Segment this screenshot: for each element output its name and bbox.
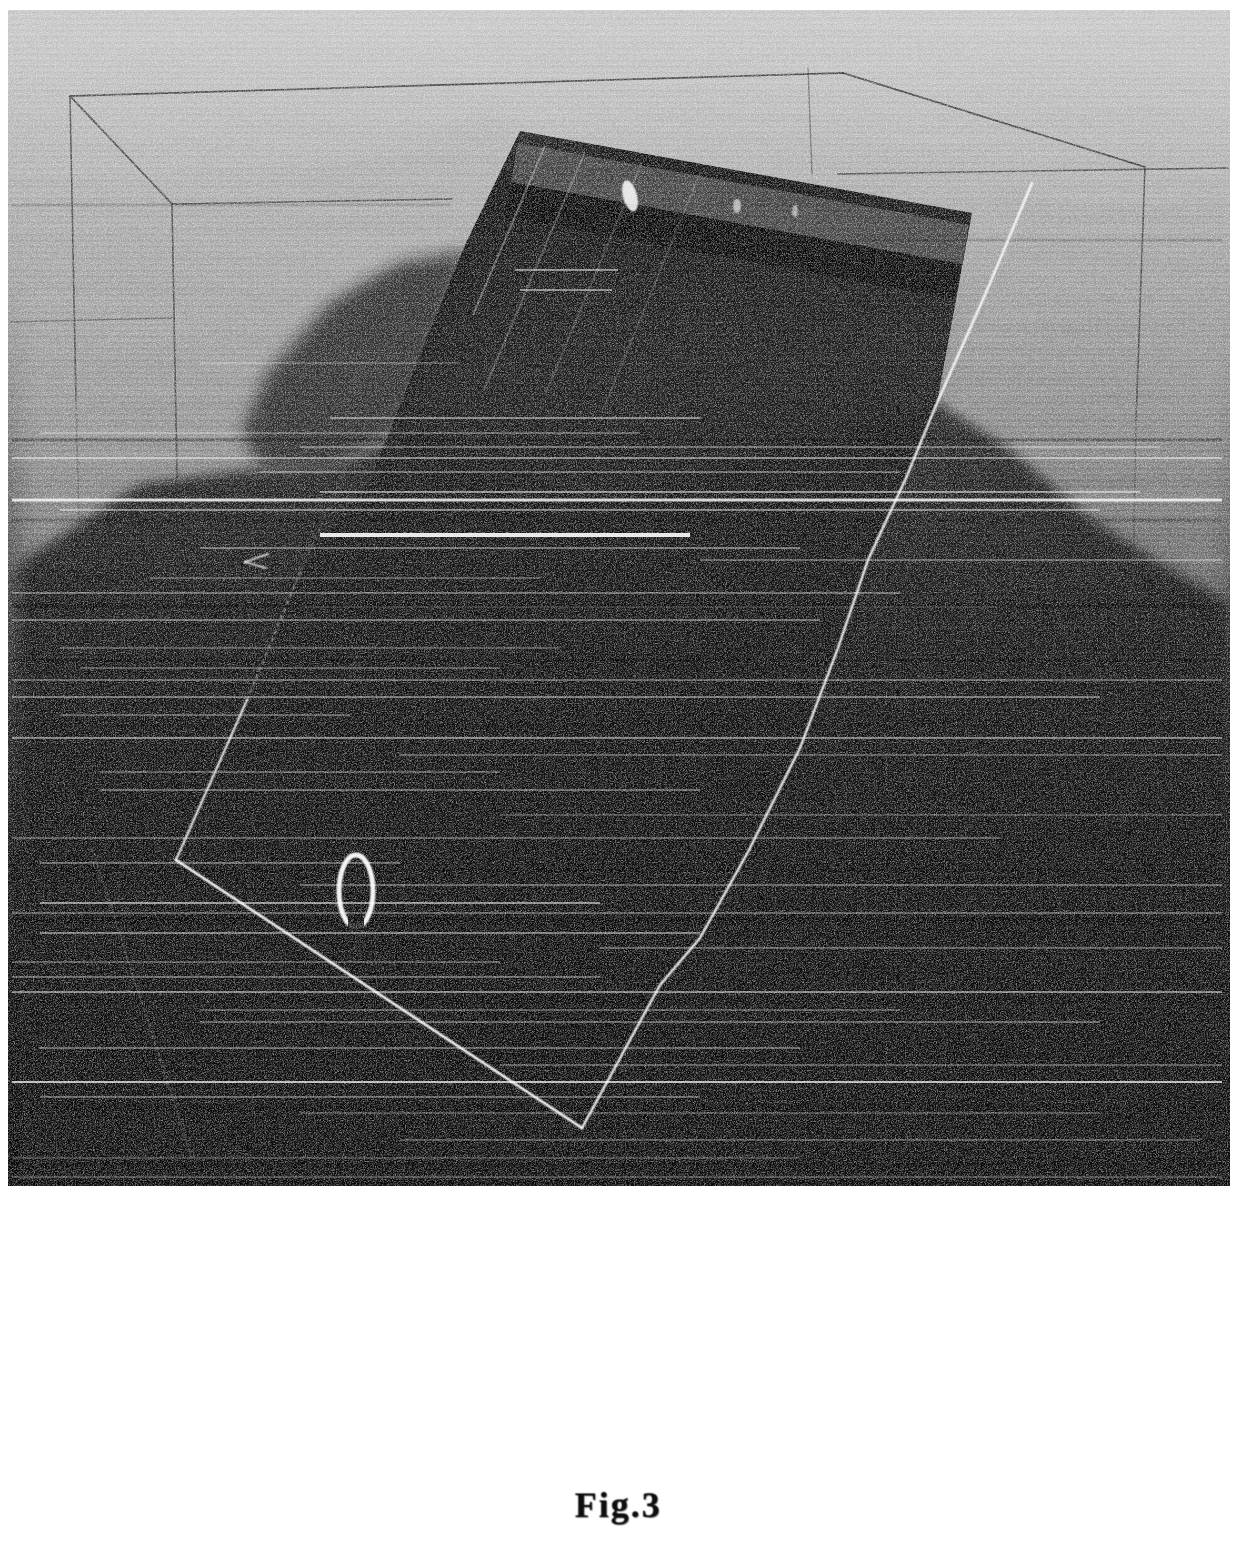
figure-caption: Fig.3 xyxy=(575,1484,662,1526)
noise-horizontal-mottle xyxy=(8,10,1230,1186)
figure-image xyxy=(0,0,1240,1544)
patent-figure-page: Fig.3 xyxy=(0,0,1240,1544)
